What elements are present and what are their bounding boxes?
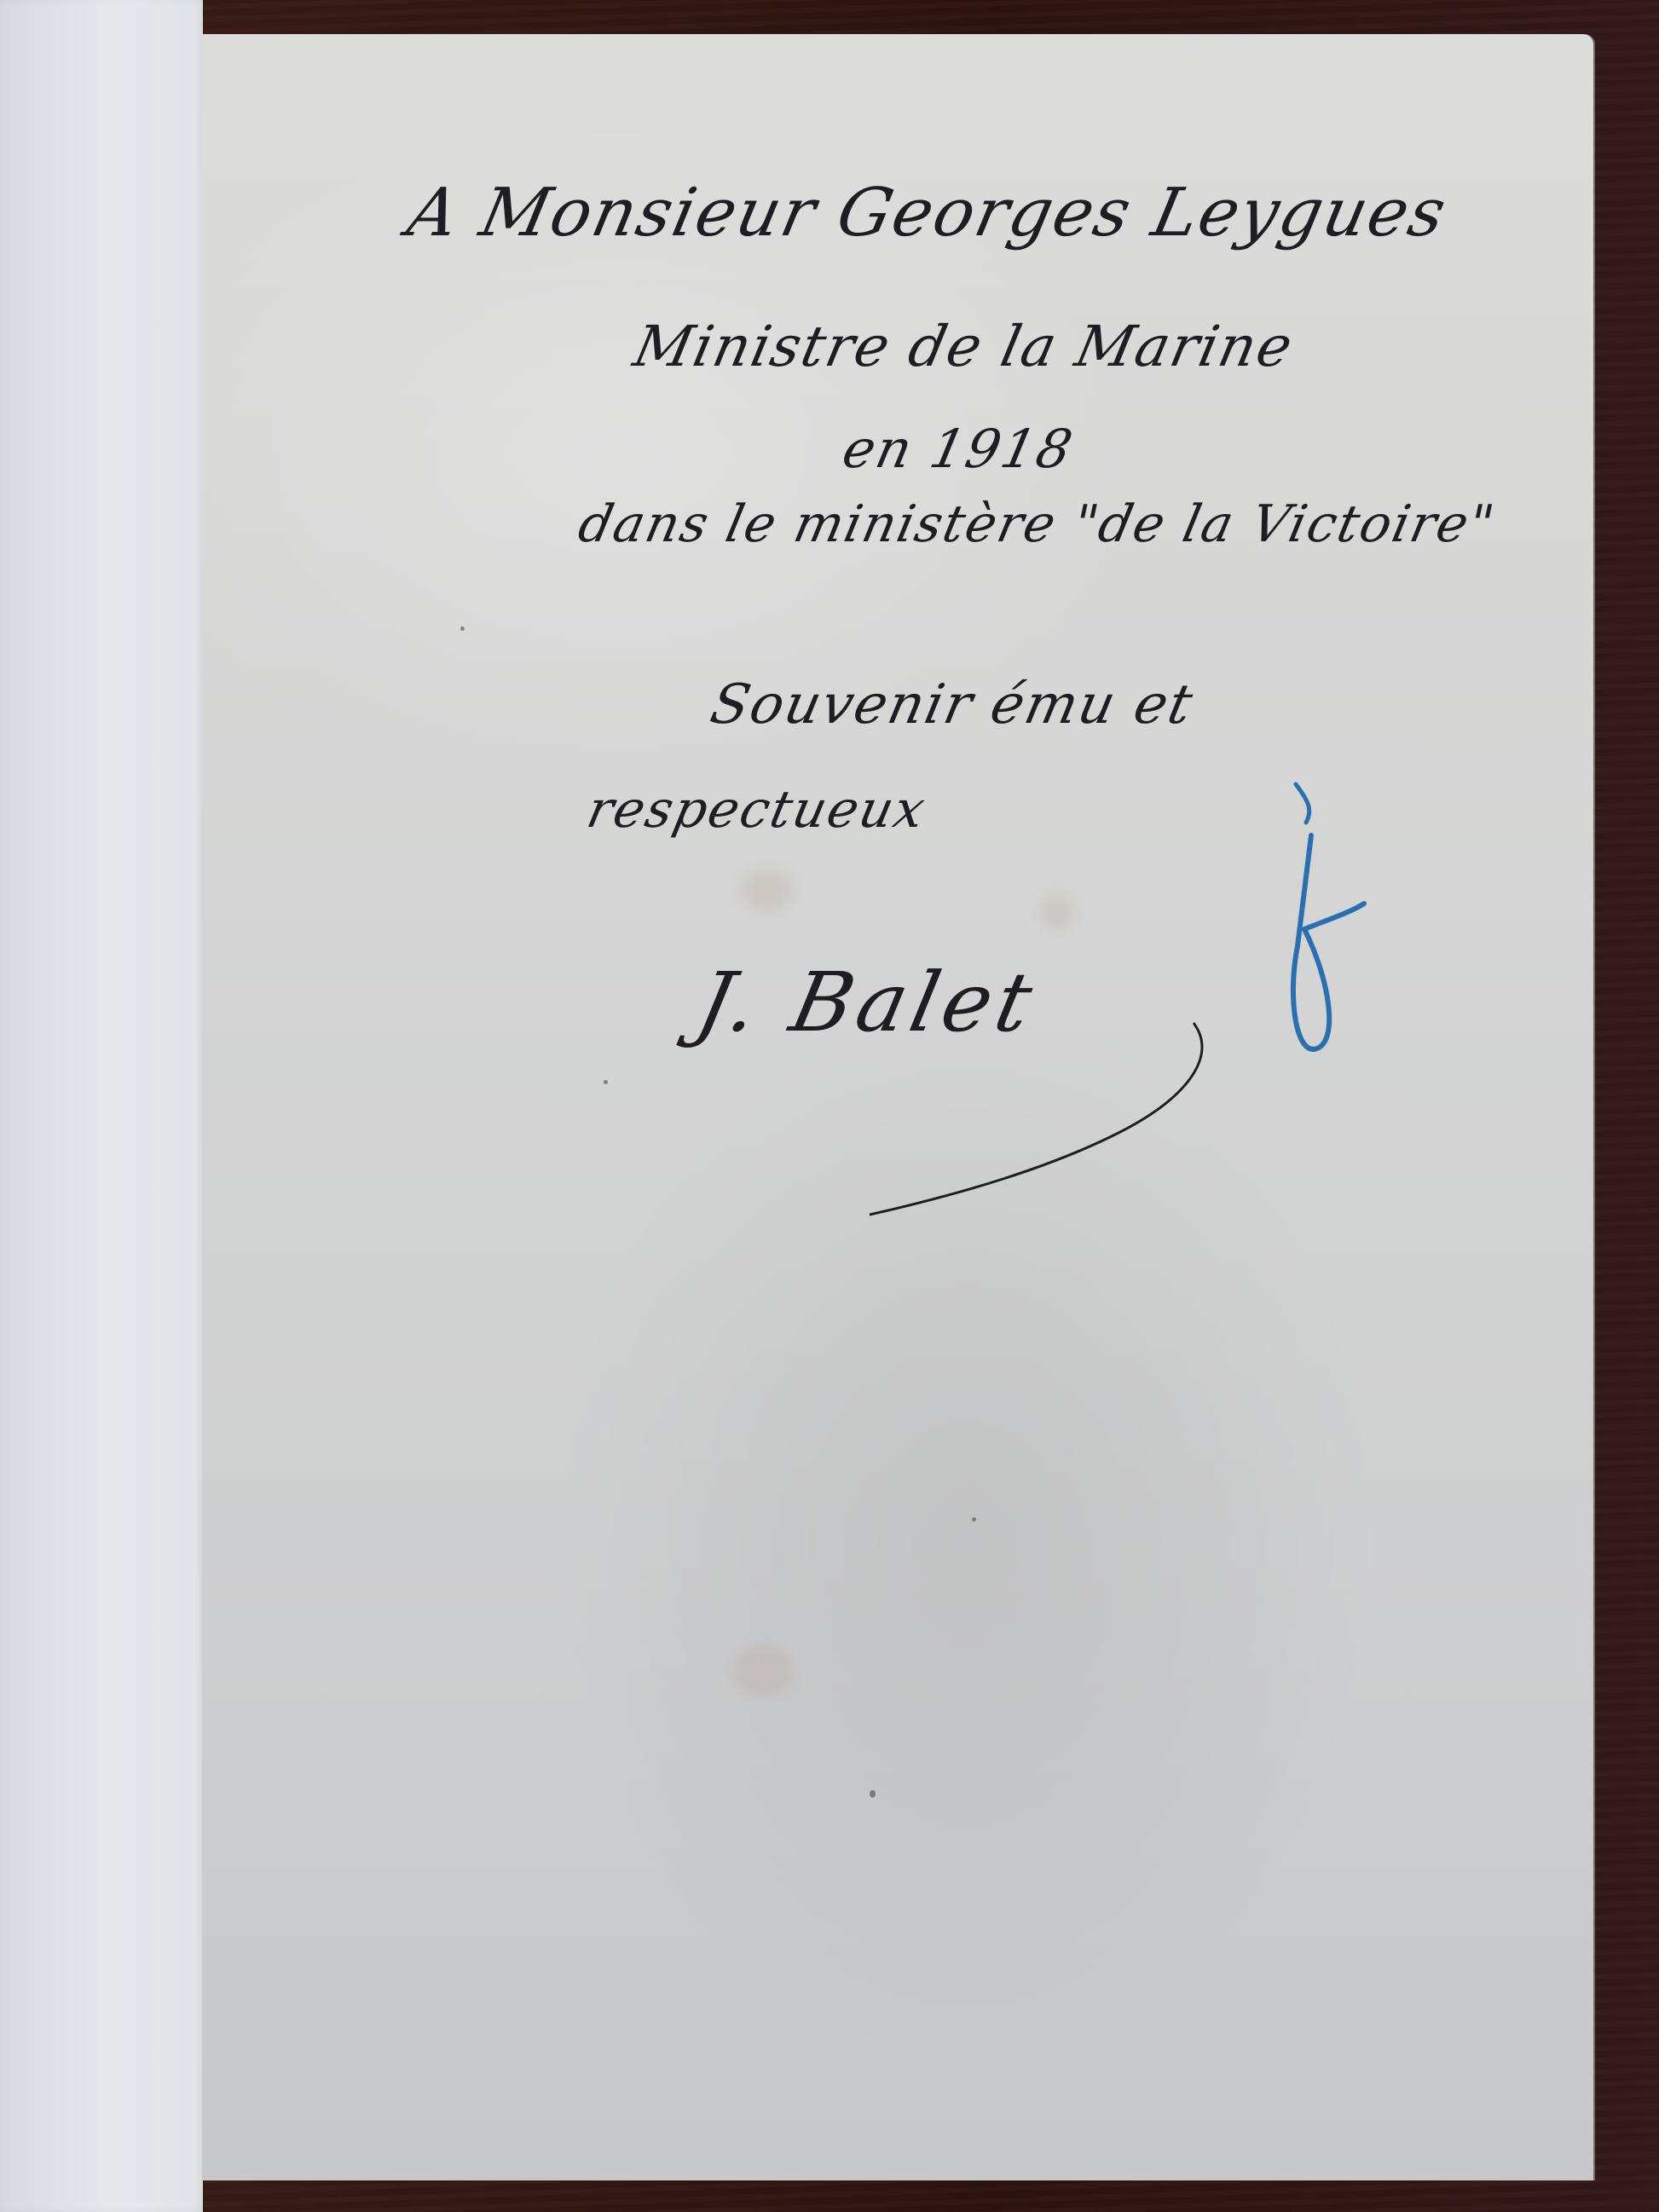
foxing-stain — [742, 869, 793, 912]
paper-speck — [460, 627, 465, 631]
inscription-line-year: en 1918 — [837, 418, 1079, 480]
inscription-line-ministry: dans le ministère "de la Victoire" — [574, 494, 1501, 554]
blue-pencil-mark-icon — [1279, 776, 1390, 1066]
paper-speck — [870, 1790, 876, 1798]
paper-speck — [604, 1080, 608, 1084]
paper-speck — [972, 1517, 976, 1522]
inscription-line-addressee: A Monsieur Georges Leygues — [401, 175, 1454, 251]
left-page — [0, 0, 203, 2212]
inscription-line-respectueux: respectueux — [582, 780, 932, 840]
foxing-stain — [733, 1645, 793, 1696]
signature-flourish-icon — [861, 1006, 1287, 1219]
inscription-line-title: Ministre de la Marine — [628, 314, 1300, 379]
foxing-stain — [1040, 895, 1074, 929]
inscription-line-souvenir: Souvenir ému et — [705, 673, 1199, 736]
